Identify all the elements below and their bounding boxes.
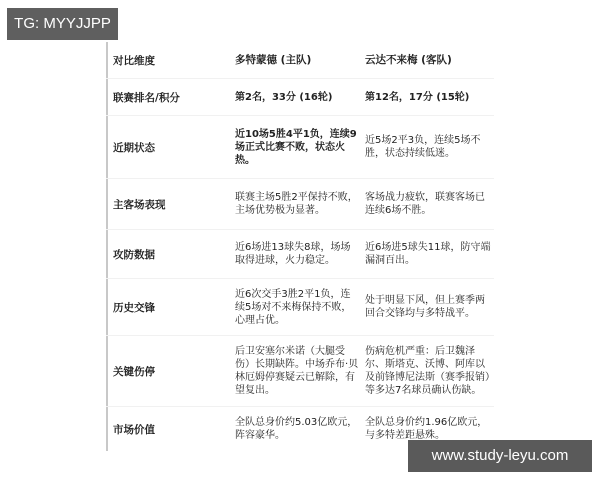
away-value: 处于明显下风，但上赛季两回合交锋均与多特战平。 xyxy=(365,294,492,320)
table-row: 关键伤停 后卫安塞尔米诺（大腿受伤）长期缺阵。中场乔布·贝林厄姆停赛疑云已解除，… xyxy=(106,336,494,407)
row-dimension: 联赛排名/积分 xyxy=(106,79,231,115)
row-away: 处于明显下风，但上赛季两回合交锋均与多特战平。 xyxy=(361,279,494,335)
header-dimension: 对比维度 xyxy=(106,42,231,78)
row-dimension: 攻防数据 xyxy=(106,230,231,278)
row-home: 近10场5胜4平1负，连续9场正式比赛不败，状态火热。 xyxy=(231,116,361,178)
header-home-label: 多特蒙德 (主队) xyxy=(235,54,311,67)
home-value: 全队总身价约5.03亿欧元，阵容豪华。 xyxy=(235,416,359,442)
header-away-label: 云达不来梅 (客队) xyxy=(365,54,452,67)
row-dimension: 主客场表现 xyxy=(106,179,231,229)
dimension-label: 主客场表现 xyxy=(113,197,166,212)
away-value: 近5场2平3负，连续5场不胜，状态持续低迷。 xyxy=(365,134,492,160)
row-away: 伤病危机严重：后卫魏泽尔、斯塔克、沃博、阿库以及前锋博尼法斯（赛季报销）等多达7… xyxy=(361,336,494,406)
table-row: 历史交锋 近6次交手3胜2平1负，连续5场对不来梅保持不败，心理占优。 处于明显… xyxy=(106,279,494,336)
table-row: 近期状态 近10场5胜4平1负，连续9场正式比赛不败，状态火热。 近5场2平3负… xyxy=(106,116,494,179)
row-home: 近6场进13球失8球，场场取得进球，火力稳定。 xyxy=(231,230,361,278)
row-away: 近5场2平3负，连续5场不胜，状态持续低迷。 xyxy=(361,116,494,178)
row-dimension: 历史交锋 xyxy=(106,279,231,335)
home-value: 近6次交手3胜2平1负，连续5场对不来梅保持不败，心理占优。 xyxy=(235,288,359,327)
row-dimension: 关键伤停 xyxy=(106,336,231,406)
dimension-label: 历史交锋 xyxy=(113,300,155,315)
home-value: 后卫安塞尔米诺（大腿受伤）长期缺阵。中场乔布·贝林厄姆停赛疑云已解除，有望复出。 xyxy=(235,345,359,397)
table-header-row: 对比维度 多特蒙德 (主队) 云达不来梅 (客队) xyxy=(106,42,494,79)
row-dimension: 近期状态 xyxy=(106,116,231,178)
row-dimension: 市场价值 xyxy=(106,407,231,451)
row-home: 联赛主场5胜2平保持不败，主场优势极为显著。 xyxy=(231,179,361,229)
row-home: 近6次交手3胜2平1负，连续5场对不来梅保持不败，心理占优。 xyxy=(231,279,361,335)
home-value: 近6场进13球失8球，场场取得进球，火力稳定。 xyxy=(235,241,359,267)
watermark-top-left: TG: MYYJJPP xyxy=(7,8,118,40)
row-home: 全队总身价约5.03亿欧元，阵容豪华。 xyxy=(231,407,361,451)
table-row: 主客场表现 联赛主场5胜2平保持不败，主场优势极为显著。 客场战力疲软，联赛客场… xyxy=(106,179,494,230)
header-dimension-label: 对比维度 xyxy=(113,53,155,68)
dimension-label: 关键伤停 xyxy=(113,364,155,379)
row-away: 第12名，17分 (15轮) xyxy=(361,79,494,115)
header-home: 多特蒙德 (主队) xyxy=(231,42,361,78)
away-value: 客场战力疲软，联赛客场已连续6场不胜。 xyxy=(365,191,492,217)
away-value: 伤病危机严重：后卫魏泽尔、斯塔克、沃博、阿库以及前锋博尼法斯（赛季报销）等多达7… xyxy=(365,345,492,397)
table-row: 联赛排名/积分 第2名，33分 (16轮) 第12名，17分 (15轮) xyxy=(106,79,494,116)
row-away: 客场战力疲软，联赛客场已连续6场不胜。 xyxy=(361,179,494,229)
home-value: 第2名，33分 (16轮) xyxy=(235,91,332,104)
home-value: 近10场5胜4平1负，连续9场正式比赛不败，状态火热。 xyxy=(235,128,359,167)
row-home: 后卫安塞尔米诺（大腿受伤）长期缺阵。中场乔布·贝林厄姆停赛疑云已解除，有望复出。 xyxy=(231,336,361,406)
away-value: 全队总身价约1.96亿欧元，与多特差距悬殊。 xyxy=(365,416,492,442)
dimension-label: 近期状态 xyxy=(113,140,155,155)
header-away: 云达不来梅 (客队) xyxy=(361,42,494,78)
dimension-label: 联赛排名/积分 xyxy=(113,90,180,105)
dimension-label: 市场价值 xyxy=(113,422,155,437)
row-home: 第2名，33分 (16轮) xyxy=(231,79,361,115)
table-row: 攻防数据 近6场进13球失8球，场场取得进球，火力稳定。 近6场进5球失11球，… xyxy=(106,230,494,279)
dimension-label: 攻防数据 xyxy=(113,247,155,262)
row-away: 近6场进5球失11球，防守端漏洞百出。 xyxy=(361,230,494,278)
home-value: 联赛主场5胜2平保持不败，主场优势极为显著。 xyxy=(235,191,359,217)
away-value: 第12名，17分 (15轮) xyxy=(365,91,469,104)
away-value: 近6场进5球失11球，防守端漏洞百出。 xyxy=(365,241,492,267)
watermark-bottom-right: www.study-leyu.com xyxy=(408,440,592,472)
comparison-table: 对比维度 多特蒙德 (主队) 云达不来梅 (客队) 联赛排名/积分 第2名，33… xyxy=(106,42,494,451)
